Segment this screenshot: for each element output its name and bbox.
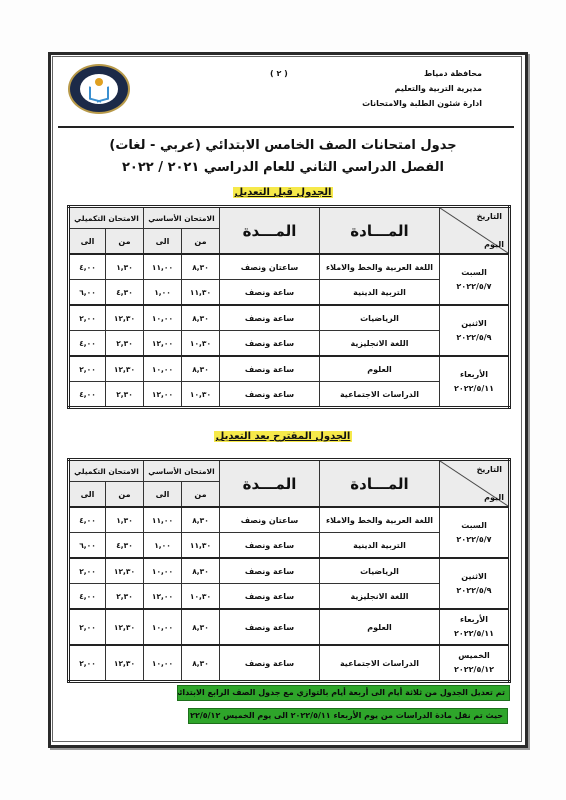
supp-from-cell: ١٢,٣٠ <box>106 609 144 645</box>
duration-cell: ساعة ونصف <box>220 356 320 382</box>
supp-to-cell: ٤,٠٠ <box>69 507 106 533</box>
day-label: الأربعاء <box>440 613 508 627</box>
subject-cell: اللغة العربية والخط والاملاء <box>320 507 440 533</box>
supp-from-cell: ٢,٣٠ <box>106 382 144 408</box>
subject-cell: التربية الدينية <box>320 280 440 306</box>
basic-to-cell: ١٢,٠٠ <box>144 584 182 610</box>
basic-from-cell: ٨,٣٠ <box>182 254 220 280</box>
subject-cell: الرياضيات <box>320 558 440 584</box>
supp-to-cell: ٢,٠٠ <box>69 356 106 382</box>
supp-from-cell: ٤,٣٠ <box>106 280 144 306</box>
duration-cell: ساعة ونصف <box>220 280 320 306</box>
date-label: ٢٠٢٢/٥/٧ <box>440 280 508 294</box>
basic-from-cell: ٨,٣٠ <box>182 305 220 331</box>
supp-to-cell: ٢,٠٠ <box>69 558 106 584</box>
basic-from-header: من <box>182 482 220 508</box>
subject-cell: الدراسات الاجتماعية <box>320 645 440 682</box>
basic-to-cell: ١٠,٠٠ <box>144 558 182 584</box>
before-table-label-wrap: الجدول قبل التعديل <box>0 180 566 199</box>
day-date-cell: الأربعاء٢٠٢٢/٥/١١ <box>440 356 510 408</box>
basic-from-cell: ١١,٣٠ <box>182 280 220 306</box>
duration-cell: ساعة ونصف <box>220 331 320 357</box>
day-label: الأربعاء <box>440 368 508 382</box>
basic-to-cell: ١,٠٠ <box>144 533 182 559</box>
subject-cell: العلوم <box>320 609 440 645</box>
after-table-label: الجدول المقترح بعد التعديل <box>214 431 353 442</box>
basic-to-cell: ١٢,٠٠ <box>144 331 182 357</box>
ministry-logo-icon <box>68 64 130 114</box>
schedule-table-before: التاريخاليومالمـــادةالمـــدةالامتحان ال… <box>67 205 511 409</box>
date-header-label: التاريخ <box>477 212 502 221</box>
duration-cell: ساعة ونصف <box>220 609 320 645</box>
note-line-2: حيث تم نقل مادة الدراسات من يوم الأربعاء… <box>188 708 508 724</box>
directorate-label: مديرية التربية والتعليم <box>362 81 482 96</box>
day-label: السبت <box>440 519 508 533</box>
basic-from-cell: ٨,٣٠ <box>182 558 220 584</box>
date-label: ٢٠٢٢/٥/١٢ <box>440 663 508 677</box>
governorate-label: محافظة دمياط <box>362 66 482 81</box>
basic-to-header: الى <box>144 229 182 255</box>
day-label: الاثنين <box>440 317 508 331</box>
basic-from-cell: ١١,٣٠ <box>182 533 220 559</box>
department-label: ادارة شئون الطلبة والامتحانات <box>362 96 482 111</box>
supp-to-cell: ٦,٠٠ <box>69 533 106 559</box>
subject-header: المـــادة <box>320 460 440 508</box>
day-label: الاثنين <box>440 570 508 584</box>
duration-header: المـــدة <box>220 460 320 508</box>
supp-from-cell: ١٢,٣٠ <box>106 558 144 584</box>
document-title: جدول امتحانات الصف الخامس الابتدائي (عرب… <box>0 138 566 153</box>
subject-cell: اللغة الانجليزية <box>320 584 440 610</box>
supp-from-cell: ١٢,٣٠ <box>106 645 144 682</box>
supp-to-cell: ٦,٠٠ <box>69 280 106 306</box>
date-day-header: التاريخاليوم <box>440 460 510 508</box>
day-date-cell: الاثنين٢٠٢٢/٥/٩ <box>440 558 510 609</box>
day-header-label: اليوم <box>484 493 504 502</box>
basic-from-cell: ٨,٣٠ <box>182 645 220 682</box>
day-label: السبت <box>440 266 508 280</box>
supp-to-cell: ٢,٠٠ <box>69 305 106 331</box>
day-date-cell: السبت٢٠٢٢/٥/٧ <box>440 507 510 558</box>
table-row: الاثنين٢٠٢٢/٥/٩الرياضياتساعة ونصف٨,٣٠١٠,… <box>69 305 510 331</box>
basic-to-cell: ١,٠٠ <box>144 280 182 306</box>
table-row: الأربعاء٢٠٢٢/٥/١١العلومساعة ونصف٨,٣٠١٠,٠… <box>69 356 510 382</box>
duration-cell: ساعة ونصف <box>220 558 320 584</box>
subject-cell: الدراسات الاجتماعية <box>320 382 440 408</box>
supp-to-cell: ٤,٠٠ <box>69 331 106 357</box>
before-table-label: الجدول قبل التعديل <box>233 187 334 198</box>
basic-from-header: من <box>182 229 220 255</box>
day-date-cell: الأربعاء٢٠٢٢/٥/١١ <box>440 609 510 645</box>
subject-cell: اللغة العربية والخط والاملاء <box>320 254 440 280</box>
duration-cell: ساعة ونصف <box>220 382 320 408</box>
date-header-label: التاريخ <box>477 465 502 474</box>
supp-from-cell: ١٢,٣٠ <box>106 305 144 331</box>
supp-from-cell: ١٢,٣٠ <box>106 356 144 382</box>
basic-to-cell: ١٠,٠٠ <box>144 645 182 682</box>
basic-from-cell: ٨,٣٠ <box>182 507 220 533</box>
table-row: الأربعاء٢٠٢٢/٥/١١العلومساعة ونصف٨,٣٠١٠,٠… <box>69 609 510 645</box>
day-label: الخميس <box>440 649 508 663</box>
supp-from-header: من <box>106 482 144 508</box>
header-institution: محافظة دمياط مديرية التربية والتعليم ادا… <box>362 66 482 111</box>
supp-to-cell: ٤,٠٠ <box>69 382 106 408</box>
basic-to-cell: ١١,٠٠ <box>144 507 182 533</box>
date-label: ٢٠٢٢/٥/١١ <box>440 382 508 396</box>
basic-to-cell: ١٢,٠٠ <box>144 382 182 408</box>
supp-to-cell: ٤,٠٠ <box>69 584 106 610</box>
duration-cell: ساعة ونصف <box>220 305 320 331</box>
day-date-cell: الخميس٢٠٢٢/٥/١٢ <box>440 645 510 682</box>
supplementary-exam-header: الامتحان التكميلي <box>69 460 144 482</box>
basic-to-cell: ١٠,٠٠ <box>144 305 182 331</box>
supp-to-header: الى <box>69 482 106 508</box>
basic-to-cell: ١١,٠٠ <box>144 254 182 280</box>
day-date-cell: الاثنين٢٠٢٢/٥/٩ <box>440 305 510 356</box>
subject-cell: اللغة الانجليزية <box>320 331 440 357</box>
header-divider <box>58 126 514 128</box>
supp-from-cell: ١,٣٠ <box>106 254 144 280</box>
basic-to-cell: ١٠,٠٠ <box>144 609 182 645</box>
date-label: ٢٠٢٢/٥/١١ <box>440 627 508 641</box>
basic-exam-header: الامتحان الأساسي <box>144 460 220 482</box>
supp-from-cell: ٤,٣٠ <box>106 533 144 559</box>
supp-from-cell: ٢,٣٠ <box>106 584 144 610</box>
duration-cell: ساعة ونصف <box>220 584 320 610</box>
supp-to-cell: ٢,٠٠ <box>69 609 106 645</box>
supplementary-exam-header: الامتحان التكميلي <box>69 207 144 229</box>
day-date-cell: السبت٢٠٢٢/٥/٧ <box>440 254 510 305</box>
basic-exam-header: الامتحان الأساسي <box>144 207 220 229</box>
duration-cell: ساعتان ونصف <box>220 254 320 280</box>
supp-from-cell: ١,٣٠ <box>106 507 144 533</box>
duration-cell: ساعة ونصف <box>220 533 320 559</box>
supp-from-cell: ٢,٣٠ <box>106 331 144 357</box>
basic-from-cell: ٨,٣٠ <box>182 356 220 382</box>
subject-header: المـــادة <box>320 207 440 255</box>
date-label: ٢٠٢٢/٥/٩ <box>440 331 508 345</box>
duration-cell: ساعة ونصف <box>220 645 320 682</box>
after-table-label-wrap: الجدول المقترح بعد التعديل <box>0 424 566 443</box>
subject-cell: العلوم <box>320 356 440 382</box>
page-number: ( ٢ ) <box>270 69 288 78</box>
supp-from-header: من <box>106 229 144 255</box>
supp-to-cell: ٢,٠٠ <box>69 645 106 682</box>
basic-from-cell: ٨,٣٠ <box>182 609 220 645</box>
basic-from-cell: ١٠,٣٠ <box>182 382 220 408</box>
basic-from-cell: ١٠,٣٠ <box>182 584 220 610</box>
subject-cell: الرياضيات <box>320 305 440 331</box>
table-row: الاثنين٢٠٢٢/٥/٩الرياضياتساعة ونصف٨,٣٠١٠,… <box>69 558 510 584</box>
duration-cell: ساعتان ونصف <box>220 507 320 533</box>
day-header-label: اليوم <box>484 240 504 249</box>
term-title: الفصل الدراسي الثاني للعام الدراسي ٢٠٢١ … <box>0 160 566 175</box>
date-label: ٢٠٢٢/٥/٧ <box>440 533 508 547</box>
table-row: الخميس٢٠٢٢/٥/١٢الدراسات الاجتماعيةساعة و… <box>69 645 510 682</box>
date-day-header: التاريخاليوم <box>440 207 510 255</box>
basic-to-header: الى <box>144 482 182 508</box>
basic-to-cell: ١٠,٠٠ <box>144 356 182 382</box>
table-row: السبت٢٠٢٢/٥/٧اللغة العربية والخط والاملا… <box>69 254 510 280</box>
date-label: ٢٠٢٢/٥/٩ <box>440 584 508 598</box>
supp-to-cell: ٤,٠٠ <box>69 254 106 280</box>
schedule-table-after: التاريخاليومالمـــادةالمـــدةالامتحان ال… <box>67 458 511 683</box>
note-line-1: تم تعديل الجدول من ثلاثة أيام الى أربعة … <box>177 685 510 701</box>
duration-header: المـــدة <box>220 207 320 255</box>
basic-from-cell: ١٠,٣٠ <box>182 331 220 357</box>
subject-cell: التربية الدينية <box>320 533 440 559</box>
table-row: السبت٢٠٢٢/٥/٧اللغة العربية والخط والاملا… <box>69 507 510 533</box>
supp-to-header: الى <box>69 229 106 255</box>
